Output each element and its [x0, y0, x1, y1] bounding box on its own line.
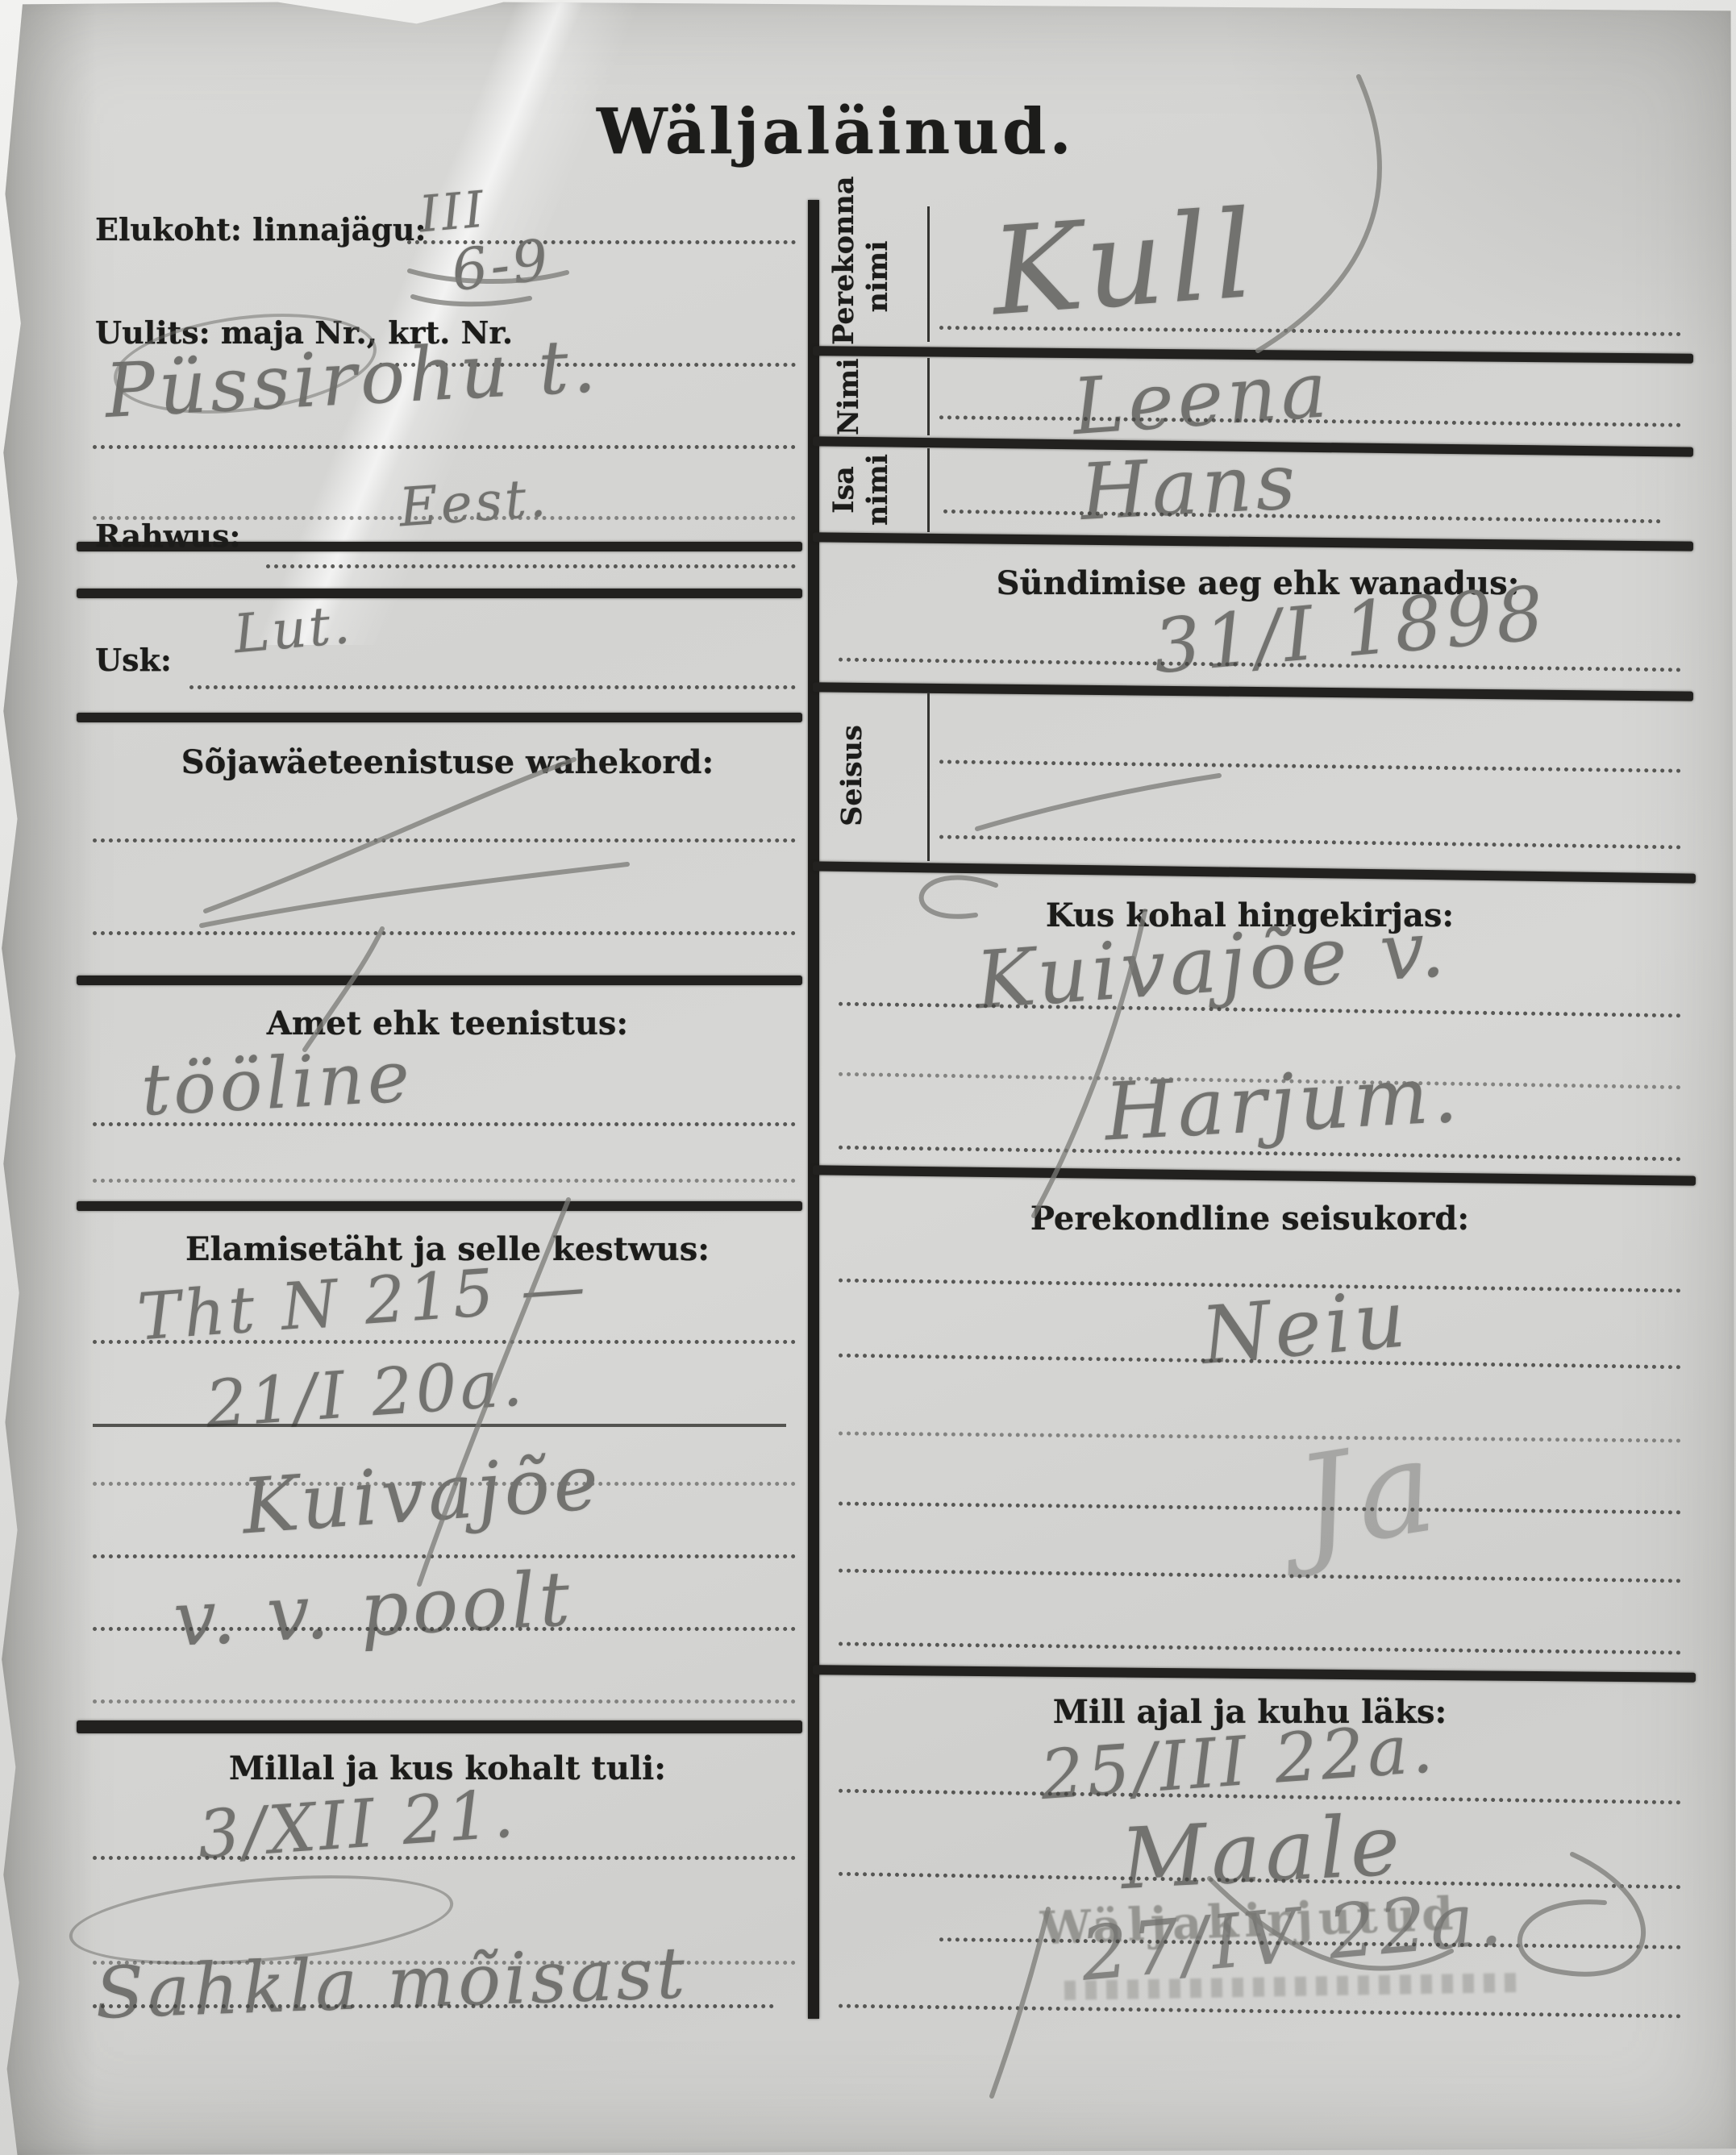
dotted-line — [93, 1699, 796, 1704]
father-name-label: Isa nimi — [827, 447, 895, 532]
parish-register-value-2: Harjum. — [1102, 1048, 1463, 1159]
section-rule — [813, 682, 1693, 701]
form-title: Wäljaläinud. — [597, 95, 1075, 168]
annotation-ja: Ja — [1287, 1408, 1451, 1579]
marital-status-value: Neiu — [1198, 1273, 1413, 1383]
dotted-line — [93, 838, 796, 842]
surname-label: Perekonna nimi — [827, 208, 895, 345]
occupation-value: tööline — [139, 1034, 415, 1132]
dotted-line — [839, 2004, 1681, 2019]
permit-issuer-value-2: v. v. poolt — [171, 1555, 575, 1664]
dotted-line — [93, 1856, 796, 1860]
residence-label: Elukoht: linnajägu: — [95, 211, 427, 248]
dotted-line — [943, 510, 1661, 523]
dotted-line — [93, 2004, 774, 2008]
surname-value: Kull — [987, 185, 1263, 343]
pencil-stroke — [1520, 1854, 1643, 1974]
dotted-line — [939, 759, 1681, 772]
dotted-line — [839, 1642, 1681, 1655]
section-rule — [77, 1201, 802, 1211]
permit-issuer-value: Kuivajõe — [239, 1439, 605, 1552]
dotted-line — [93, 931, 796, 935]
section-rule — [813, 532, 1693, 551]
dotted-line — [93, 1340, 796, 1344]
father-name-value: Hans — [1078, 436, 1301, 538]
label-cell-line — [927, 693, 930, 861]
dotted-line — [266, 564, 796, 568]
corner-shading — [1172, 0, 1736, 403]
permit-date-value: 21/I 20a. — [203, 1345, 527, 1442]
section-rule — [77, 713, 802, 722]
section-rule — [813, 1665, 1696, 1683]
section-rule — [813, 861, 1696, 883]
dotted-line — [189, 685, 796, 689]
dotted-line — [839, 1502, 1681, 1515]
scanned-form: Wäljaläinud. Elukoht: linnajägu: III 6-9… — [0, 0, 1736, 2155]
religion-value: Lut. — [231, 593, 355, 666]
pencil-stroke — [202, 864, 627, 926]
section-rule — [77, 589, 802, 598]
religion-label: Usk: — [95, 642, 172, 678]
dotted-line — [93, 1627, 796, 1631]
dotted-line — [939, 835, 1681, 850]
left-edge-shading — [0, 0, 97, 2155]
pencil-stroke — [1258, 77, 1380, 351]
section-rule — [77, 1720, 802, 1733]
firstname-label: Nimi — [832, 359, 866, 435]
section-rule — [813, 1165, 1696, 1185]
column-divider — [808, 200, 819, 2019]
label-cell-line — [927, 448, 930, 532]
nationality-value: Eest. — [398, 467, 551, 539]
dotted-line — [93, 1554, 796, 1558]
military-service-label: Sõjawäeteenistuse wahekord: — [93, 743, 802, 781]
estate-label: Seisus — [835, 695, 869, 856]
pencil-stroke — [977, 776, 1219, 829]
marital-status-label: Perekondline seisukord: — [887, 1200, 1613, 1238]
dotted-line — [93, 1179, 796, 1183]
pencil-stroke — [206, 759, 574, 911]
pencil-stroke — [992, 1909, 1048, 2096]
label-cell-line — [927, 206, 930, 342]
label-cell-line — [927, 358, 930, 435]
nationality-label: Rahwus: — [95, 518, 240, 554]
dotted-line — [93, 1122, 796, 1126]
section-rule — [77, 976, 802, 985]
dotted-line — [93, 445, 796, 449]
dotted-line — [839, 1431, 1681, 1442]
occupation-label: Amet ehk teenistus: — [93, 1005, 802, 1042]
dotted-line — [839, 1569, 1681, 1583]
thin-rule — [93, 1424, 786, 1427]
house-number-value: 6-9 — [448, 227, 554, 304]
